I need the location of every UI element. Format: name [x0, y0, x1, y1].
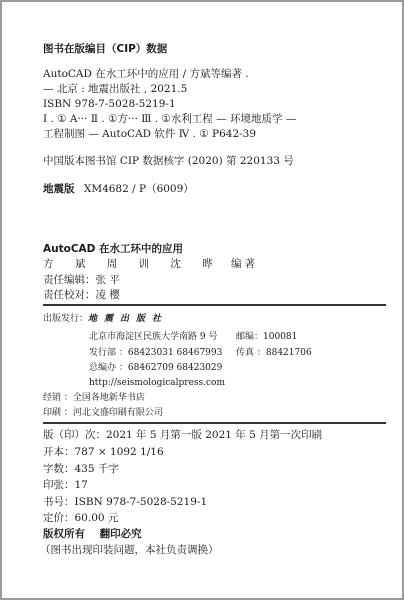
cip-line-title: AutoCAD 在水工环中的应用 / 方斌等编著 . [43, 67, 249, 81]
divider-rule-1 [43, 304, 386, 306]
copyright-line: 版权所有 翻印必究 [43, 527, 142, 541]
printer-label: 印刷 ： [43, 408, 73, 418]
distributor: 全国各地新华书店 [73, 393, 145, 403]
printer-line: 印刷 ：河北文盛印刷有限公司 [43, 406, 163, 420]
editorial-label: 总编办 ： [89, 363, 128, 373]
publisher-label: 出版发行： [43, 314, 88, 324]
edition-line: 版（印）次：2021 年 5 月第一版 2021 年 5 月第一次印刷 [43, 428, 322, 442]
distribution-label: 发行部 ： [89, 348, 128, 358]
publisher-website: http://seismologicalpress.com [89, 376, 225, 390]
distributor-line: 经销 ：全国各地新华书店 [43, 391, 145, 405]
editor-label: 责任编辑： [43, 274, 96, 286]
proofreader-line: 责任校对：凌 樱 [43, 288, 120, 302]
publisher-name: 地震出版社 [88, 314, 168, 324]
sheets-line: 印张：17 [43, 478, 88, 492]
book-title: AutoCAD 在水工环中的应用 [43, 242, 183, 256]
isbn-line: 书号：ISBN 978-7-5028-5219-1 [43, 495, 207, 509]
editorial-line: 总编办 ：68462709 68423029 [89, 361, 222, 375]
editor-line: 责任编辑：张 平 [43, 273, 120, 287]
authors: 方 斌 周 训 沈 晔 [43, 258, 222, 270]
cip-library-record: 中国版本图书馆 CIP 数据核字 (2020) 第 220133 号 [43, 154, 294, 168]
cip-line-isbn: ISBN 978-7-5028-5219-1 [43, 97, 176, 111]
authors-line: 方 斌 周 训 沈 晔 编著 [43, 257, 258, 271]
cip-line-publisher: — 北京 : 地震出版社 , 2021.5 [43, 82, 187, 96]
proofreader-name: 凌 樱 [96, 289, 120, 301]
cip-line-classification-2: 工程制图 — AutoCAD 软件 Ⅳ . ① P642-39 [43, 127, 256, 141]
fax-value: 88421706 [266, 348, 312, 358]
format-line: 开本：787 × 1092 1/16 [43, 445, 164, 459]
publisher-code: XM4682 / P（6009） [84, 183, 194, 195]
divider-rule-2 [43, 422, 386, 424]
fax: 传真 ：88421706 [236, 346, 312, 360]
editorial-phone: 68462709 68423029 [128, 363, 222, 373]
word-count-line: 字数：435 千字 [43, 462, 119, 476]
copyright-page: 图书在版编目（CIP）数据 AutoCAD 在水工环中的应用 / 方斌等编著 .… [0, 0, 404, 600]
postcode-label: 邮编： [236, 332, 263, 342]
cip-line-classification-1: Ⅰ . ① A··· Ⅱ . ①方··· Ⅲ . ①水利工程 — 环境地质学 — [43, 112, 296, 126]
distribution-phone: 68423031 68467993 [128, 348, 222, 358]
publisher-address: 北京市海淀区民族大学南路 9 号 [89, 332, 217, 342]
distribution-line: 发行部 ：68423031 68467993 传真 ：88421706 [89, 346, 389, 360]
fax-label: 传真 ： [236, 348, 266, 358]
publisher-line: 出版发行：地震出版社 [43, 312, 168, 326]
editor-name: 张 平 [96, 274, 120, 286]
printer: 河北文盛印刷有限公司 [73, 408, 163, 418]
publisher-code-label: 地震版 [43, 183, 75, 195]
proofreader-label: 责任校对： [43, 289, 96, 301]
postcode-value: 100081 [263, 332, 297, 342]
cip-heading: 图书在版编目（CIP）数据 [43, 42, 167, 56]
publisher-code-line: 地震版 XM4682 / P（6009） [43, 182, 194, 196]
replacement-notice: （图书出现印装问题，本社负责调换） [40, 543, 219, 557]
postcode: 邮编：100081 [236, 330, 297, 344]
price-line: 定价：60.00 元 [43, 511, 118, 525]
authors-role: 编著 [231, 258, 258, 270]
distributor-label: 经销 ： [43, 393, 73, 403]
address-line: 北京市海淀区民族大学南路 9 号 邮编：100081 [89, 330, 389, 344]
